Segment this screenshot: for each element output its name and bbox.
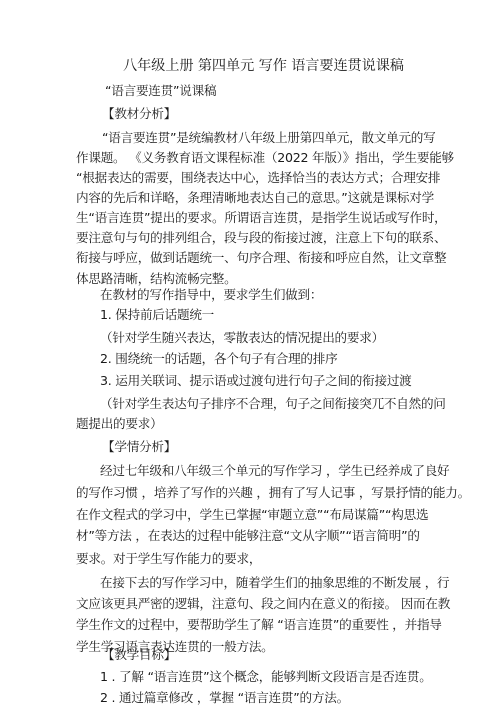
paragraph-line: 要求。对于学生写作能力的要求，	[76, 551, 261, 567]
section-heading-teaching-goals: 【教学目标】	[102, 647, 176, 663]
paragraph-line: 生“语言连贯”提出的要求。所谓语言连贯，是指学生说话或写作时，	[76, 210, 447, 226]
paragraph-line: 的写作习惯 ，培养了写作的兴趣 ，拥有了写人记事 ，写景抒情的能力。	[76, 485, 470, 501]
list-note: 题提出的要求）	[76, 416, 162, 432]
paragraph-line: 在教材的写作指导中，要求学生们做到：	[100, 287, 322, 303]
section-heading-textbook-analysis: 【教材分析】	[102, 106, 176, 122]
section-heading-student-analysis: 【学情分析】	[102, 439, 176, 455]
list-item: 1 . 了解 “语言连贯”这个概念，能够判断文段语言是否连贯。	[100, 669, 432, 685]
paragraph-line: “语言要连贯”是统编教材八年级上册第四单元，散文单元的写	[102, 130, 436, 146]
paragraph-line: 体思路清晰，结构流畅完整。	[76, 271, 236, 287]
list-note: （针对学生随兴表达，零散表达的情况提出的要求）	[100, 330, 384, 346]
list-item: 2 . 通过篇章修改 ，掌握 “语言连贯”的方法。	[100, 690, 349, 706]
paragraph-line: 在接下去的写作学习中，随着学生们的抽象思维的不断发展 ，行	[100, 575, 449, 591]
paragraph-line: 衔接与呼应，做到话题统一、句序合理、衔接和呼应自然，让文章整	[76, 250, 446, 266]
document-subtitle: “语言要连贯”说课稿	[105, 83, 216, 99]
paragraph-line: 在作文程式的学习中，学生已掌握“审题立意”“布局谋篇”“构思选	[76, 507, 428, 523]
paragraph-line: 文应该更具严密的逻辑，注意句、段之间内在意义的衔接。 因而在教	[76, 596, 450, 612]
paragraph-line: “根据表达的需要，围绕表达中心，选择恰当的表达方式；合理安排	[76, 170, 440, 186]
paragraph-line: 学生作文的过程中，要帮助学生了解 “语言连贯”的重要性 ，并指导	[76, 617, 442, 633]
list-item: 1. 保持前后话题统一	[100, 307, 214, 323]
document-page: 八年级上册 第四单元 写作 语言要连贯说课稿 “语言要连贯”说课稿 【教材分析】…	[0, 0, 500, 707]
paragraph-line: 要注意句与句的排列组合，段与段的衔接过渡，注意上下句的联系、	[76, 230, 446, 246]
paragraph-line: 经过七年级和八年级三个单元的写作学习 ，学生已经养成了良好	[100, 463, 449, 479]
document-title: 八年级上册 第四单元 写作 语言要连贯说课稿	[123, 58, 404, 74]
list-note: （针对学生表达句子排序不合理，句子之间衔接突兀不自然的问	[100, 396, 446, 412]
list-item: 2. 围绕统一的话题，各个句子有合理的排序	[100, 351, 337, 367]
paragraph-line: 内容的先后和详略，条理清晰地表达自己的意思。”这就是课标对学	[76, 190, 434, 206]
paragraph-line: 材”等方法 ，在表达的过程中能够注意“文从字顺”“语言简明”的	[76, 528, 420, 544]
list-item: 3. 运用关联词、提示语或过渡句进行句子之间的衔接过渡	[100, 373, 412, 389]
paragraph-line: 作课题。 《义务教育语文课程标准（2022 年版）》指出，学生要能够	[76, 150, 454, 166]
